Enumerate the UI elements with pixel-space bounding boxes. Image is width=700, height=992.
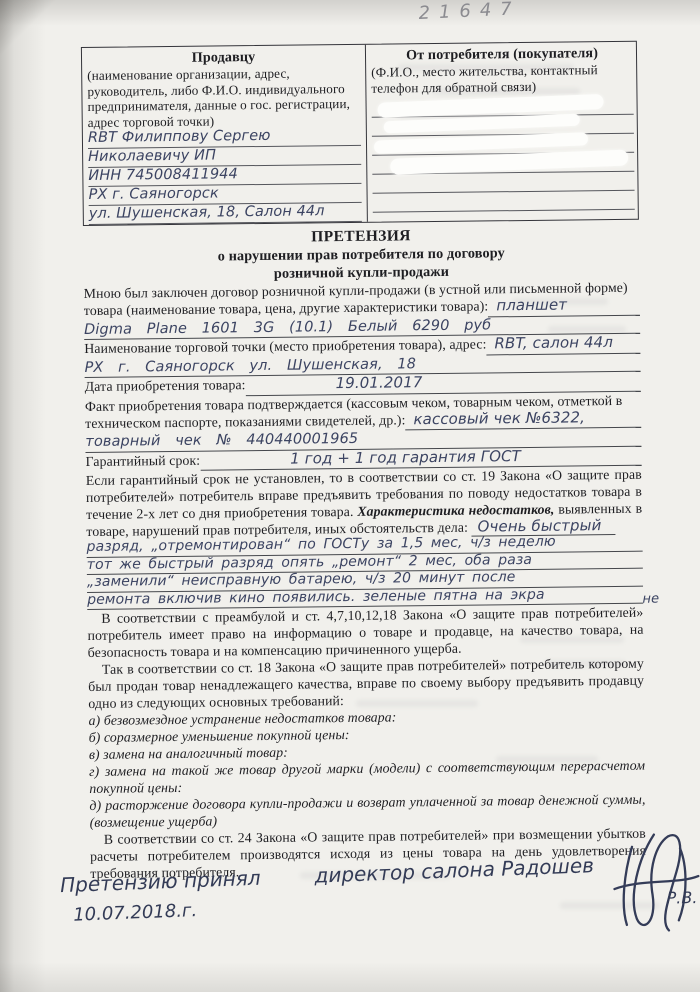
article-18-paragraph: Так в соответствии со ст. 18 Закона «О з… [88, 655, 645, 712]
store-fill: RBT, салон 44л [494, 333, 613, 352]
purchase-date-fill: 19.01.2017 [335, 373, 422, 392]
proof-fill: кассовый чек №6322, [413, 408, 585, 428]
seller-handwritten-line: ул. Шушенская, 18, Салон 44л [89, 203, 362, 225]
doc-number: 21647 [418, 0, 521, 24]
parties-table: Продавцу (наименование организации, адре… [81, 41, 639, 226]
product-label: товара (наименование товара, цена, други… [84, 297, 489, 319]
seller-cell: Продавцу (наименование организации, адре… [82, 45, 368, 225]
consumer-subheader: (Ф.И.О., место жительства, контактный те… [371, 62, 633, 96]
store-label: Наименование торговой точки (место приоб… [84, 335, 486, 357]
consumer-ruled-lines [371, 96, 634, 213]
defects-handwritten-block: разряд, „отремонтирован“ по ГОСТу за 1,5… [86, 534, 643, 610]
consumer-cell: От потребителя (покупателя) (Ф.И.О., мес… [366, 42, 640, 222]
defects-margin-note: не [642, 590, 659, 607]
claim-document: Продавцу (наименование организации, адре… [81, 41, 646, 882]
claims-options-list: а) безвозмездное устранение недостатков … [88, 706, 645, 831]
warranty-law-paragraph: Если гарантийный срок не установлен, то … [86, 466, 643, 540]
proof-label: техническом паспорте, показаниями свидет… [85, 411, 406, 432]
seller-subheader: (наименование организации, адрес, руково… [87, 65, 361, 130]
warranty-fill: 1 год + 1 год гарантия ГОСТ [290, 447, 521, 468]
warranty-label: Гарантийный срок: [85, 451, 200, 469]
scanned-page: 21647 Продавцу (наименование организации… [0, 0, 700, 992]
purchase-date-label: Дата приобретения товара: [85, 376, 246, 395]
product-fill: планшет [496, 296, 567, 315]
document-title: ПРЕТЕНЗИЯ о нарушении прав потребителя п… [83, 225, 640, 285]
director-signature [592, 828, 700, 937]
preamble-rights-paragraph: В соответствии с преамбулой и ст. 4,7,10… [87, 604, 644, 661]
signature-initials: Р.В. [666, 888, 697, 907]
